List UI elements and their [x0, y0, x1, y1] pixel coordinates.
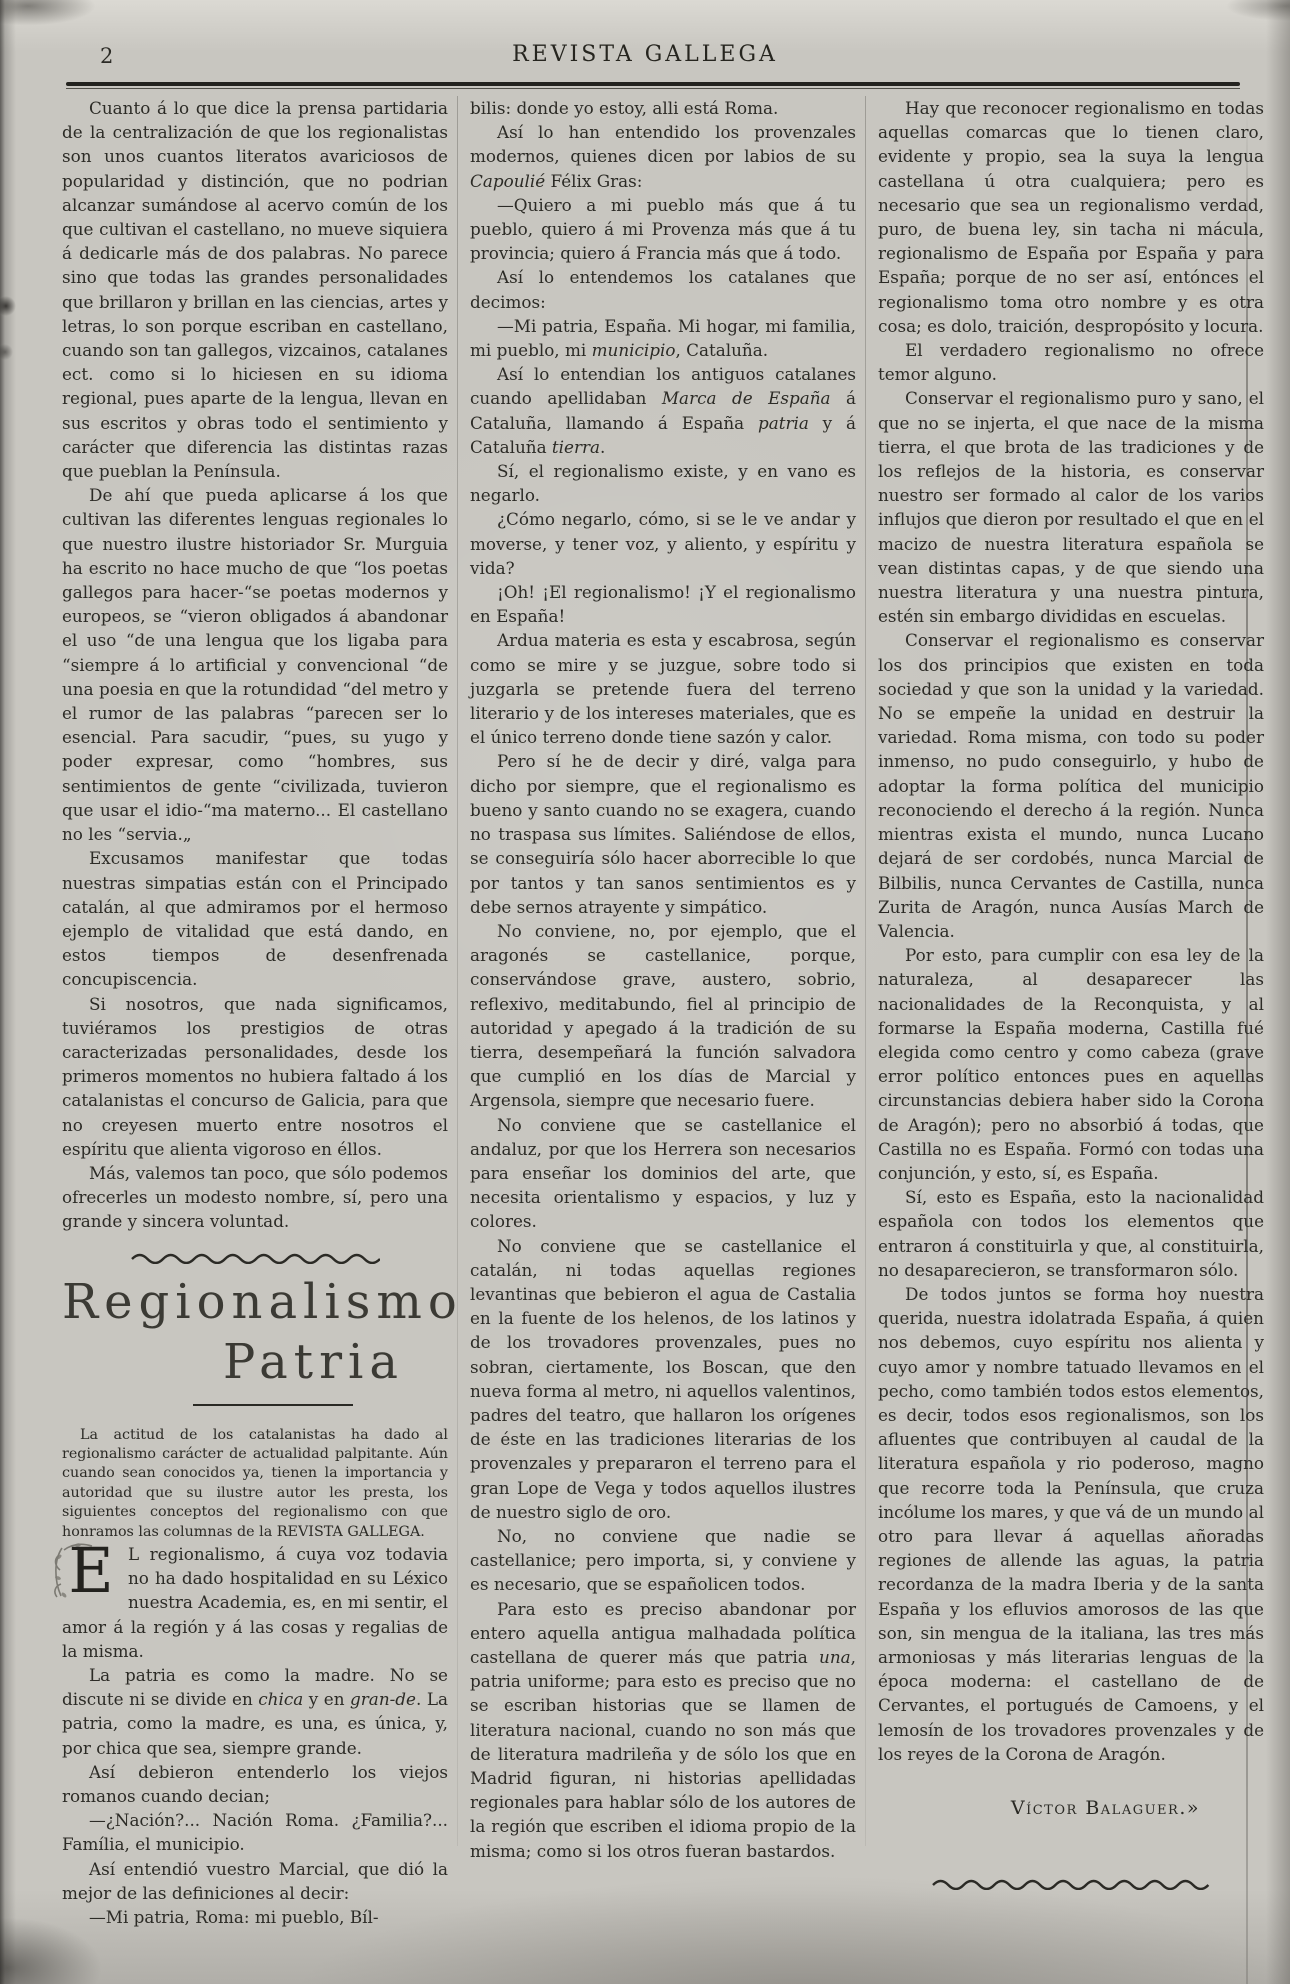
- article-paragraph: —Quiero a mi pueblo más que á tu pueblo,…: [470, 193, 856, 266]
- column-3: Hay que reconocer regionalismo en todas …: [878, 96, 1264, 1898]
- lead-paragraph: EL regionalismo, á cuya voz todavia no h…: [62, 1542, 448, 1663]
- article-paragraph: No conviene que se castellanice el catal…: [470, 1234, 856, 1524]
- article-paragraph: —Mi patria, España. Mi hogar, mi familia…: [470, 314, 856, 362]
- header-rule-thick: [66, 82, 1240, 86]
- article-paragraph: Hay que reconocer regionalismo en todas …: [878, 96, 1264, 338]
- masthead-title: REVISTA GALLEGA: [0, 42, 1290, 67]
- article-paragraph: No conviene que se castellanice el andal…: [470, 1113, 856, 1234]
- article-paragraph: Así entendió vuestro Marcial, que dió la…: [62, 1857, 448, 1905]
- article-paragraph: El verdadero regionalismo no ofrece temo…: [878, 338, 1264, 386]
- article-paragraph: Así debieron entenderlo los viejos roman…: [62, 1760, 448, 1808]
- article-paragraph: Más, valemos tan poco, que sólo podemos …: [62, 1161, 448, 1234]
- wavy-divider-icon: [931, 1878, 1211, 1890]
- article-paragraph: Sí, esto es España, esto la nacionalidad…: [878, 1185, 1264, 1282]
- article-paragraph: —Mi patria, Roma: mi pueblo, Bíl-: [62, 1905, 448, 1929]
- article-title-line1: Regionalismo: [62, 1272, 448, 1332]
- article-paragraph: —¿Nación?... Nación Roma. ¿Familia?... F…: [62, 1808, 448, 1856]
- article-paragraph: Para esto es preciso abandonar por enter…: [470, 1597, 856, 1863]
- article-paragraph: De ahí que pueda aplicarse á los que cul…: [62, 483, 448, 846]
- article-paragraph: Pero sí he de decir y diré, valga para d…: [470, 749, 856, 918]
- editorial-note: La actitud de los catalanistas ha dado a…: [62, 1426, 448, 1542]
- column-2: bilis: donde yo estoy, alli está Roma. A…: [470, 96, 856, 1863]
- article-paragraph: No, no conviene que nadie se castellanic…: [470, 1524, 856, 1597]
- header-rule-thin: [66, 88, 1240, 89]
- article-paragraph: Ardua materia es esta y escabrosa, según…: [470, 628, 856, 749]
- article-title-line2: Patria: [62, 1332, 448, 1392]
- article-paragraph: Conservar el regionalismo puro y sano, e…: [878, 386, 1264, 628]
- article-paragraph: Así lo han entendido los provenzales mod…: [470, 120, 856, 193]
- article-paragraph: Excusamos manifestar que todas nuestras …: [62, 846, 448, 991]
- article-paragraph: Sí, el regionalismo existe, y en vano es…: [470, 459, 856, 507]
- ornamental-initial: E: [62, 1544, 120, 1596]
- article-paragraph: De todos juntos se forma hoy nuestra que…: [878, 1282, 1264, 1766]
- article-paragraph: Si nosotros, que nada significamos, tuvi…: [62, 992, 448, 1161]
- article-paragraph: No conviene, no, por ejemplo, que el ara…: [470, 919, 856, 1113]
- column-1: Cuanto á lo que dice la prensa partidari…: [62, 96, 448, 1929]
- editorial-note-text: La actitud de los catalanistas ha dado a…: [62, 1426, 448, 1542]
- column-divider-rule: [457, 96, 458, 1846]
- article-paragraph: Cuanto á lo que dice la prensa partidari…: [62, 96, 448, 483]
- newspaper-page: 2 REVISTA GALLEGA Cuanto á lo que dice l…: [0, 0, 1290, 1984]
- header-rule: [66, 82, 1240, 89]
- author-signature: Víctor Balaguer.»: [878, 1796, 1264, 1820]
- article-paragraph: ¿Cómo negarlo, cómo, si se le ve andar y…: [470, 507, 856, 580]
- article-paragraph: Así lo entendemos los catalanes que deci…: [470, 265, 856, 313]
- article-paragraph: Así lo entendian los antiguos catalanes …: [470, 362, 856, 459]
- article-paragraph: La patria es como la madre. No se discut…: [62, 1663, 448, 1760]
- article-paragraph: Conservar el regionalismo es conservar l…: [878, 628, 1264, 943]
- article-paragraph: Por esto, para cumplir con esa ley de la…: [878, 943, 1264, 1185]
- article-paragraph: ¡Oh! ¡El regionalismo! ¡Y el regionalism…: [470, 580, 856, 628]
- article-paragraph: bilis: donde yo estoy, alli está Roma.: [470, 96, 856, 120]
- wavy-divider-icon: [130, 1252, 380, 1264]
- title-rule: [193, 1404, 353, 1406]
- column-divider-rule: [865, 96, 866, 1846]
- dropcap-letter: E: [68, 1534, 113, 1607]
